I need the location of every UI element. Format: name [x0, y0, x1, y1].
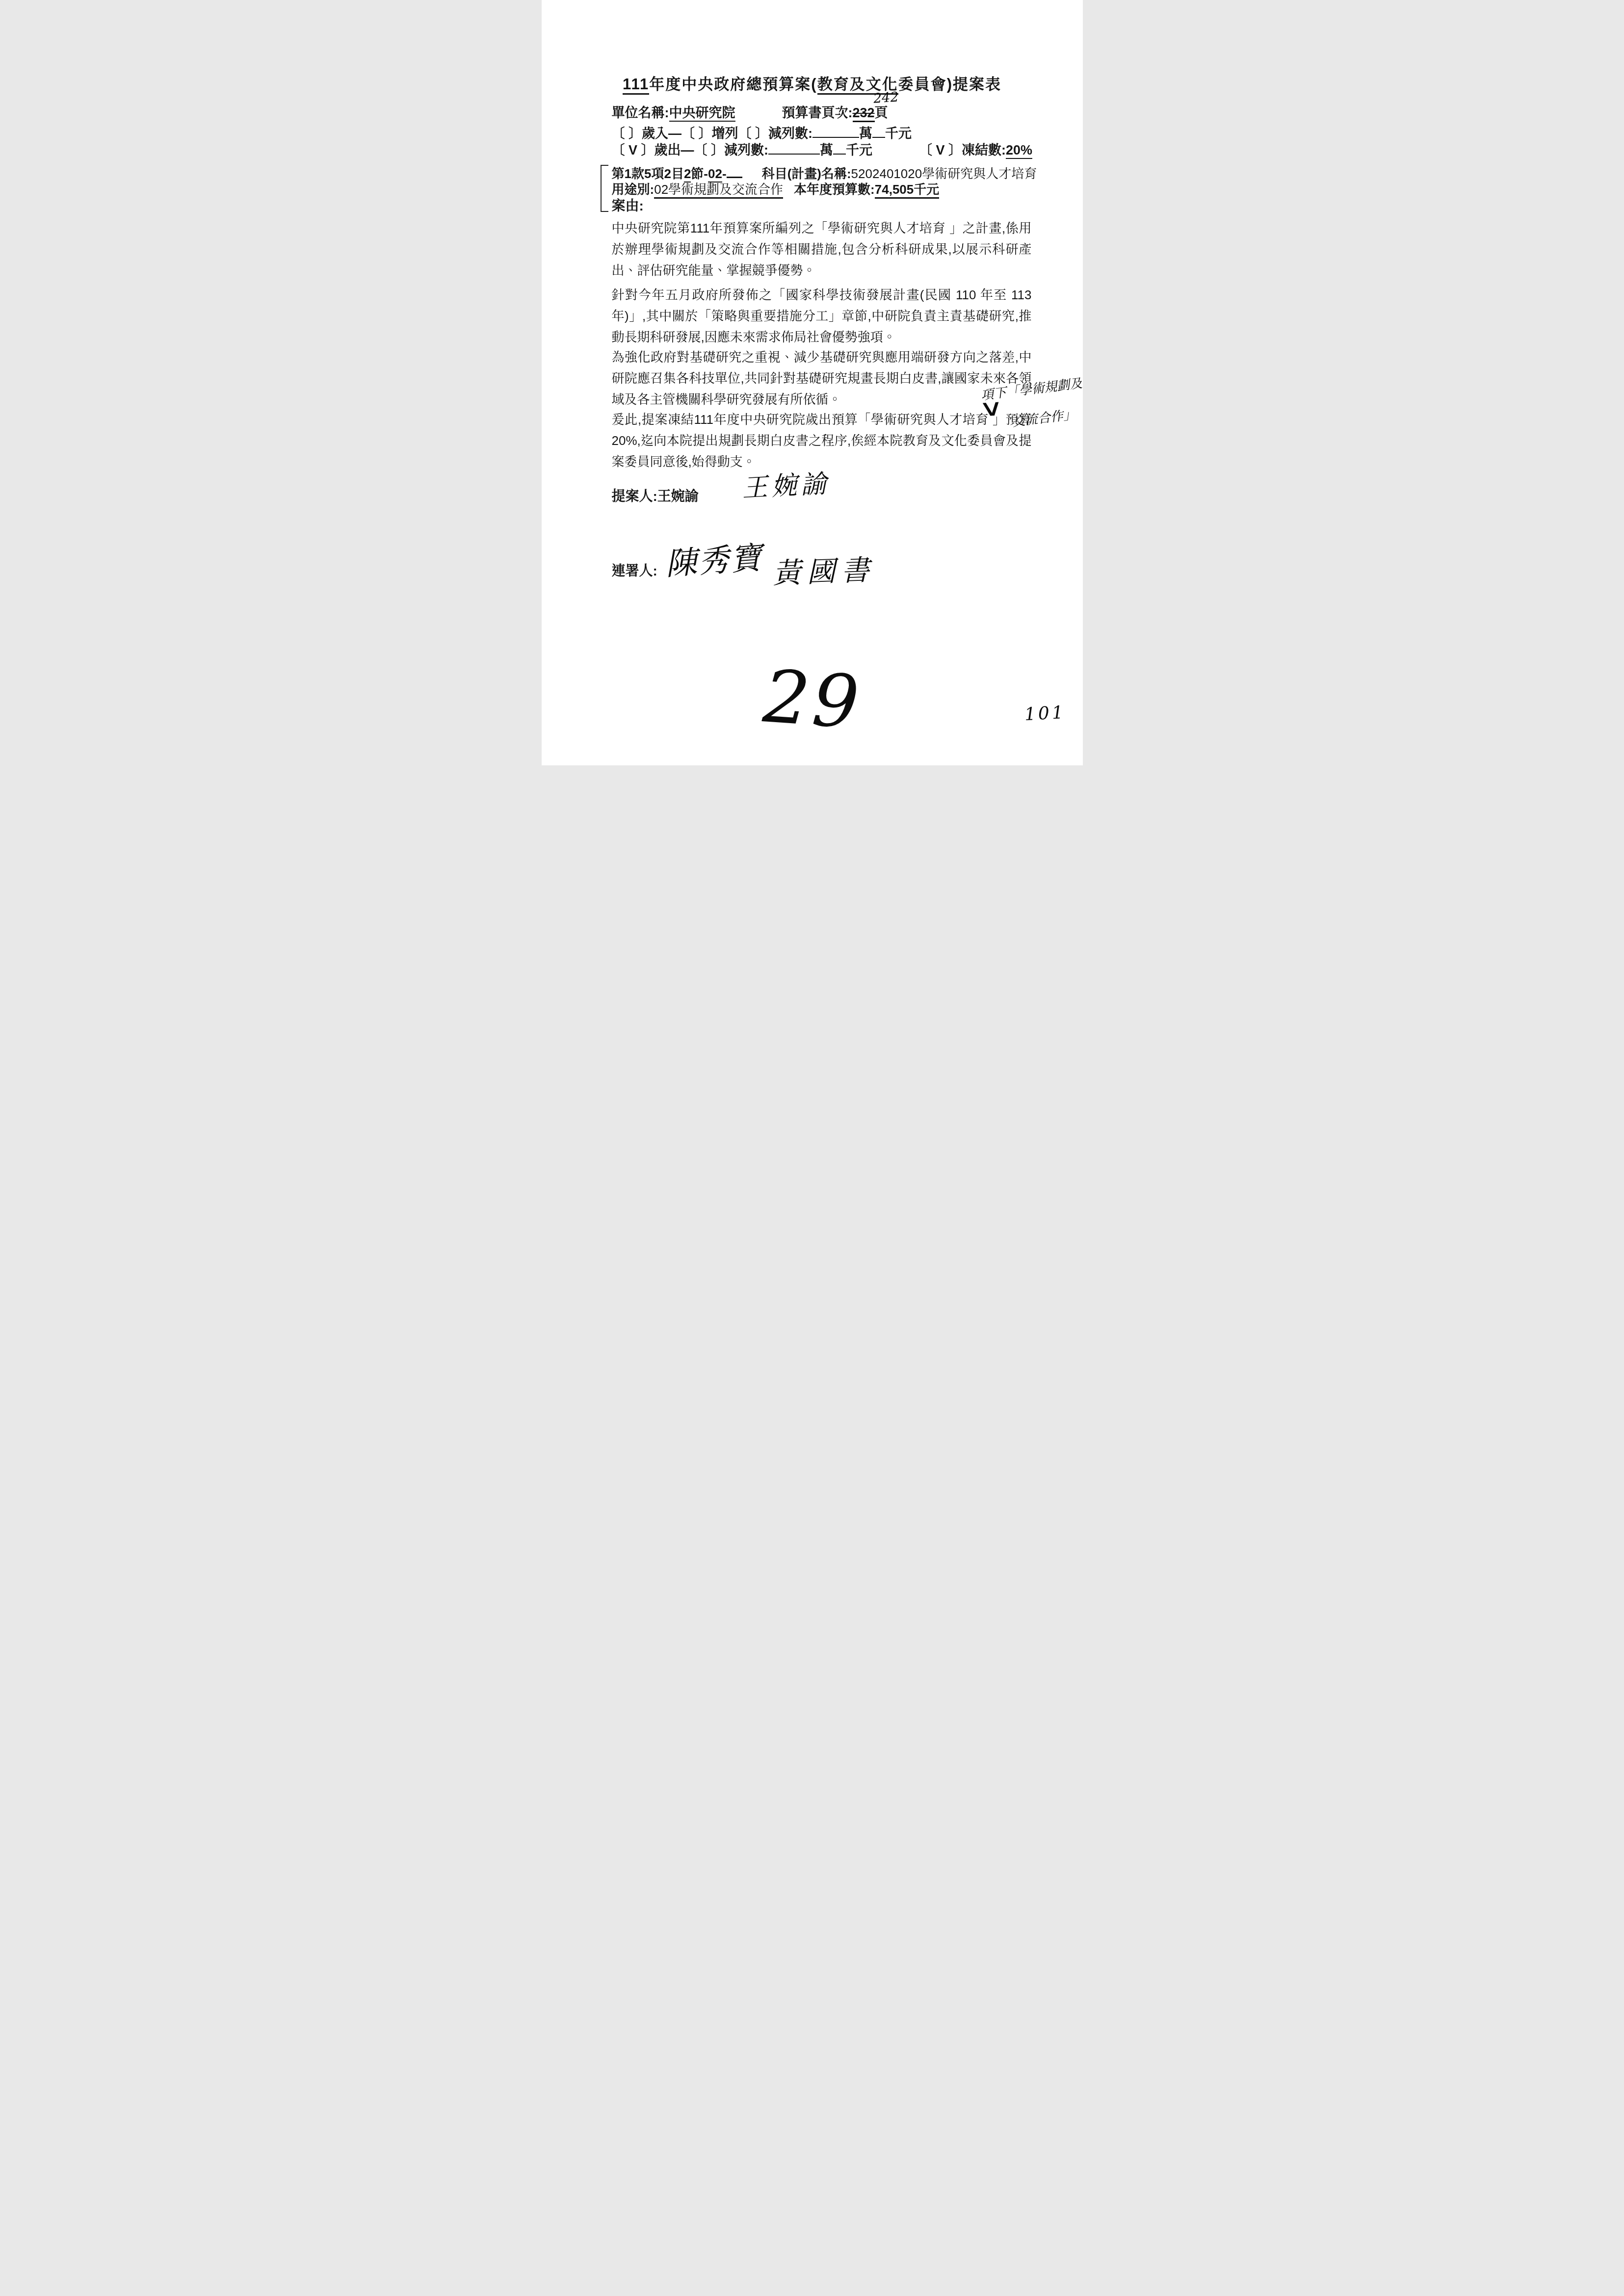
spacer [783, 193, 794, 194]
cosigner-signature-2: 黃國書 [771, 547, 876, 591]
case-paragraph-2: 針對今年五月政府所發佈之「國家科學技術發展計畫(民國 110 年至 113 年)… [612, 285, 1032, 348]
unit-name-line: 單位名稱:中央研究院預算書頁次:232頁 [612, 102, 888, 121]
spacer [742, 178, 762, 178]
proposer-name: 王婉諭 [657, 489, 699, 504]
revenue-label: 歲入 [642, 126, 668, 141]
unit-name-label: 單位名稱: [612, 105, 669, 120]
unit-name-value: 中央研究院 [669, 105, 735, 122]
dash: - [722, 166, 727, 181]
margin-bracket [601, 165, 608, 212]
freeze-value: 20% [1006, 143, 1032, 159]
proposer-label: 提案人: [612, 489, 657, 504]
spacer [872, 154, 919, 155]
spacer [735, 117, 782, 117]
subject-name-label: 科目(計畫)名稱: [762, 166, 851, 181]
cosigner-signature-1: 陳秀寶 [664, 532, 764, 584]
title-mid: 年度中央政府總預算案( [649, 76, 817, 93]
dash: — [668, 126, 681, 141]
increase-label: 增列 [712, 126, 738, 141]
budget-amount-label: 本年度預算數: [794, 182, 875, 197]
budget-book-page-old-value: 232 [853, 105, 875, 122]
unit-qianyuan: 千元 [885, 126, 912, 141]
blank-amount-line [812, 124, 859, 138]
handwritten-proposal-number: 29 [761, 660, 864, 739]
dash: — [681, 143, 694, 157]
scanned-proposal-form-page: 111年度中央政府總預算案(教育及文化委員會)提案表 242 單位名稱:中央研究… [542, 0, 1083, 765]
revenue-checkbox-empty: 〔 〕 [612, 126, 642, 141]
blank-amount-line [833, 140, 846, 155]
handwritten-insertion-caret: ∨ [977, 394, 1005, 422]
increase-checkbox-empty: 〔 〕 [681, 126, 712, 141]
subject-name-value: 學術研究與人才培育 [922, 166, 1037, 181]
expenditure-label: 歲出 [655, 143, 681, 157]
budget-book-page-label: 預算書頁次: [782, 105, 853, 120]
case-paragraph-3: 為強化政府對基礎研究之重視、減少基礎研究與應用端研發方向之落差,中研院應召集各科… [612, 347, 1032, 410]
clause-prefix: 第1款5項2目 [612, 166, 684, 181]
budget-book-page-unit: 頁 [875, 105, 888, 120]
cut-checkbox-empty: 〔 〕 [694, 143, 725, 157]
expenditure-checkbox-checked: 〔 V 〕 [612, 143, 655, 157]
title-year-underlined: 111 [623, 76, 649, 95]
case-paragraph-1: 中央研究院第111年預算案所編列之「學術研究與人才培育 」之計畫,係用於辦理學術… [612, 218, 1032, 281]
freeze-checkbox-checked: 〔 V 〕 [919, 143, 962, 157]
proposer-signature: 王婉諭 [741, 463, 831, 504]
expenditure-row: 〔 V 〕歲出—〔 〕減列數:萬千元〔 V 〕凍結數:20% [612, 139, 1033, 158]
handwritten-corner-mark: 101 [1023, 703, 1066, 725]
subject-code-value: 5202401020 [851, 166, 922, 181]
proposer-row: 提案人:王婉諭 [612, 486, 699, 505]
blank-section-line [727, 164, 742, 178]
unit-wan: 萬 [859, 126, 872, 141]
cut-amount-label: 減列數: [724, 143, 768, 157]
usage-label: 用途別: [612, 182, 655, 197]
section-suffix: 節- [691, 166, 708, 181]
usage-value-underlined: 02學術規劃及交流合作 [654, 182, 783, 199]
unit-wan: 萬 [820, 143, 833, 157]
blank-amount-line [768, 140, 820, 155]
title-tail: 委員會)提案表 [898, 76, 1001, 93]
unit-qianyuan: 千元 [846, 143, 872, 157]
blank-amount-line [872, 124, 885, 138]
page-title: 111年度中央政府總預算案(教育及文化委員會)提案表 [542, 72, 1083, 94]
cosigner-label: 連署人: [612, 560, 657, 580]
freeze-label: 凍結數: [962, 143, 1006, 157]
budget-amount-value: 74,505千元 [875, 182, 940, 199]
cut-amount-label: 減列數: [768, 126, 812, 141]
case-reason-label: 案由: [612, 195, 644, 215]
cut-checkbox-empty: 〔 〕 [738, 126, 769, 141]
usage-row: 用途別:02學術規劃及交流合作本年度預算數:74,505千元 [612, 180, 940, 198]
